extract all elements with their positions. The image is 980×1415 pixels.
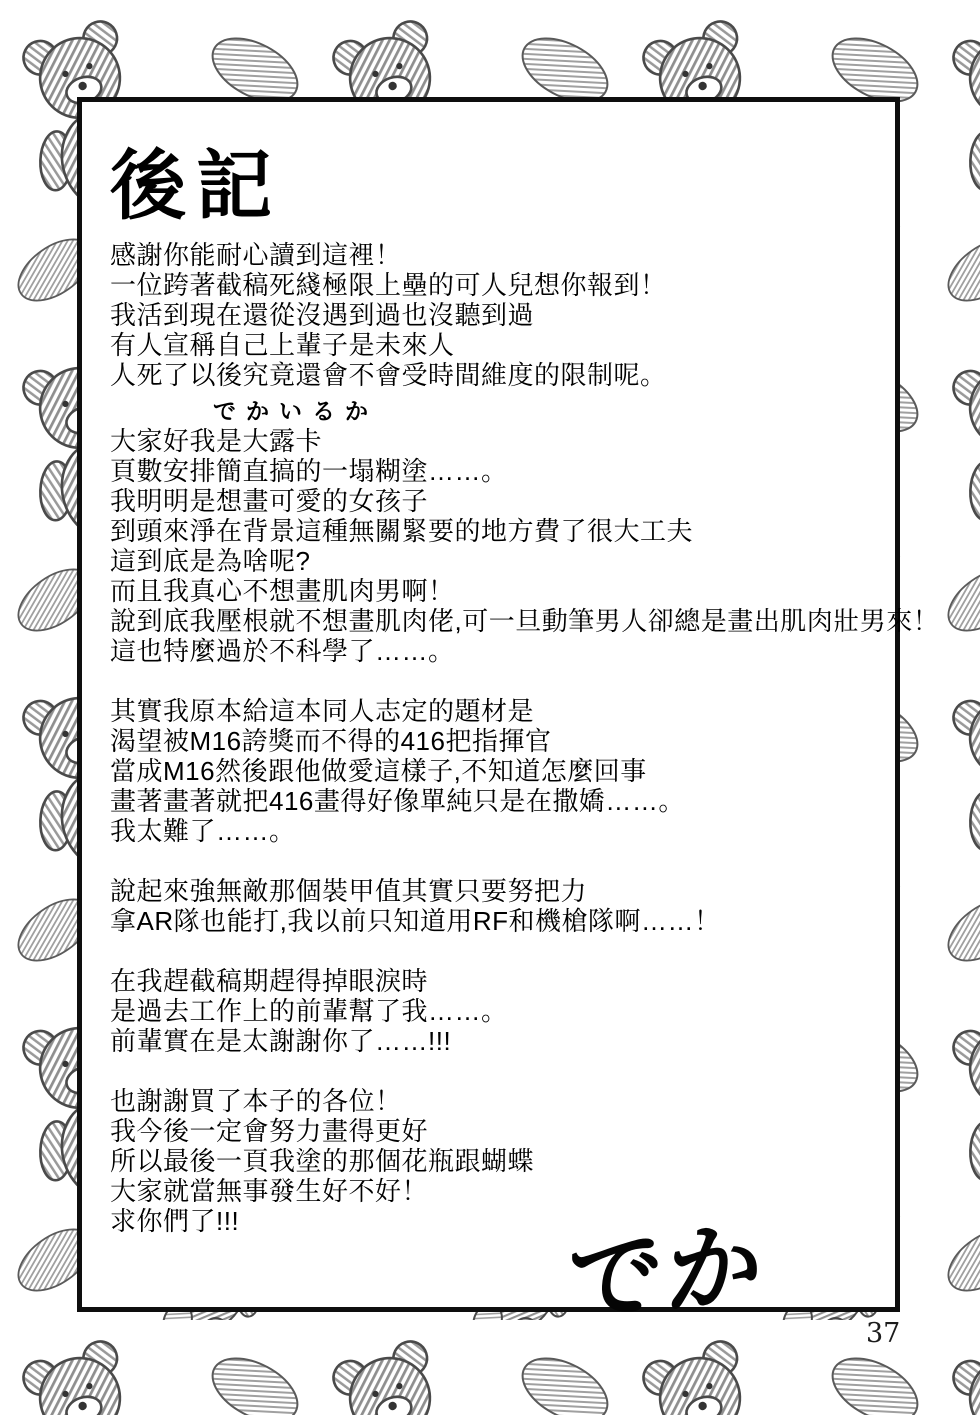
text-line: 渴望被M16誇獎而不得的416把指揮官 (110, 726, 895, 756)
afterword-panel: 後記 感謝你能耐心讀到這裡！ 一位跨著截稿死綫極限上壘的可人兒想你報到！ 我活到… (77, 97, 900, 1312)
text-line: 到頭來淨在背景這種無關緊要的地方費了很大工夫 (110, 516, 895, 546)
text-line: 說到底我壓根就不想畫肌肉佬,可一旦動筆男人卻總是畫出肌肉壯男來！ (110, 606, 895, 636)
text-line: 前輩實在是太謝謝你了……!!! (110, 1026, 895, 1056)
text-line: 頁數安排簡直搞的一塌糊塗……。 (110, 456, 895, 486)
text-line: 這也特麼過於不科學了……。 (110, 636, 895, 666)
text-line: 人死了以後究竟還會不會受時間維度的限制呢。 (110, 360, 895, 390)
text-line: 我活到現在還從沒遇到過也沒聽到過 (110, 300, 895, 330)
text-line: 其實我原本給這本同人志定的題材是 (110, 696, 895, 726)
text-line: 拿AR隊也能打,我以前只知道用RF和機槍隊啊……！ (110, 906, 895, 936)
text-line: 這到底是為啥呢? (110, 546, 895, 576)
paragraph-greeting: 感謝你能耐心讀到這裡！ 一位跨著截稿死綫極限上壘的可人兒想你報到！ 我活到現在還… (110, 240, 895, 390)
paragraph-intro: 大家好我是大露卡 頁數安排簡直搞的一塌糊塗……。 我明明是想畫可愛的女孩子 到頭… (110, 426, 895, 666)
text-line: 而且我真心不想畫肌肉男啊！ (110, 576, 895, 606)
paragraph-thanks-readers: 也謝謝買了本子的各位！ 我今後一定會努力畫得更好 所以最後一頁我塗的那個花瓶跟蝴… (110, 1086, 895, 1236)
paragraph-theme: 其實我原本給這本同人志定的題材是 渴望被M16誇獎而不得的416把指揮官 當成M… (110, 696, 895, 846)
text-line: 我明明是想畫可愛的女孩子 (110, 486, 895, 516)
text-line: 求你們了!!! (110, 1206, 895, 1236)
text-line: 所以最後一頁我塗的那個花瓶跟蝴蝶 (110, 1146, 895, 1176)
paragraph-thanks-senpai: 在我趕截稿期趕得掉眼淚時 是過去工作上的前輩幫了我……。 前輩實在是太謝謝你了…… (110, 966, 895, 1056)
afterword-body: 感謝你能耐心讀到這裡！ 一位跨著截稿死綫極限上壘的可人兒想你報到！ 我活到現在還… (110, 240, 895, 1236)
text-line: 有人宣稱自己上輩子是未來人 (110, 330, 895, 360)
text-line: 說起來強無敵那個裝甲值其實只要努把力 (110, 876, 895, 906)
doujinshi-afterword-page: { "page": { "number": "37", "background_… (0, 0, 980, 1415)
text-line: 畫著畫著就把416畫得好像單純只是在撒嬌……。 (110, 786, 895, 816)
text-line: 大家好我是大露卡 (110, 426, 895, 456)
text-line: 也謝謝買了本子的各位！ (110, 1086, 895, 1116)
text-line: 是過去工作上的前輩幫了我……。 (110, 996, 895, 1026)
text-line: 大家就當無事發生好不好！ (110, 1176, 895, 1206)
text-line: 當成M16然後跟他做愛這樣子,不知道怎麼回事 (110, 756, 895, 786)
author-name-ruby: でかいるか (110, 396, 895, 426)
author-handwritten-signature: でか (564, 1188, 770, 1344)
paragraph-game-talk: 說起來強無敵那個裝甲值其實只要努把力 拿AR隊也能打,我以前只知道用RF和機槍隊… (110, 876, 895, 936)
text-line: 我太難了……。 (110, 816, 895, 846)
afterword-title: 後記 (110, 147, 895, 227)
page-number: 37 (866, 1318, 900, 1349)
text-line: 在我趕截稿期趕得掉眼淚時 (110, 966, 895, 996)
text-line: 我今後一定會努力畫得更好 (110, 1116, 895, 1146)
text-line: 感謝你能耐心讀到這裡！ (110, 240, 895, 270)
text-line: 一位跨著截稿死綫極限上壘的可人兒想你報到！ (110, 270, 895, 300)
